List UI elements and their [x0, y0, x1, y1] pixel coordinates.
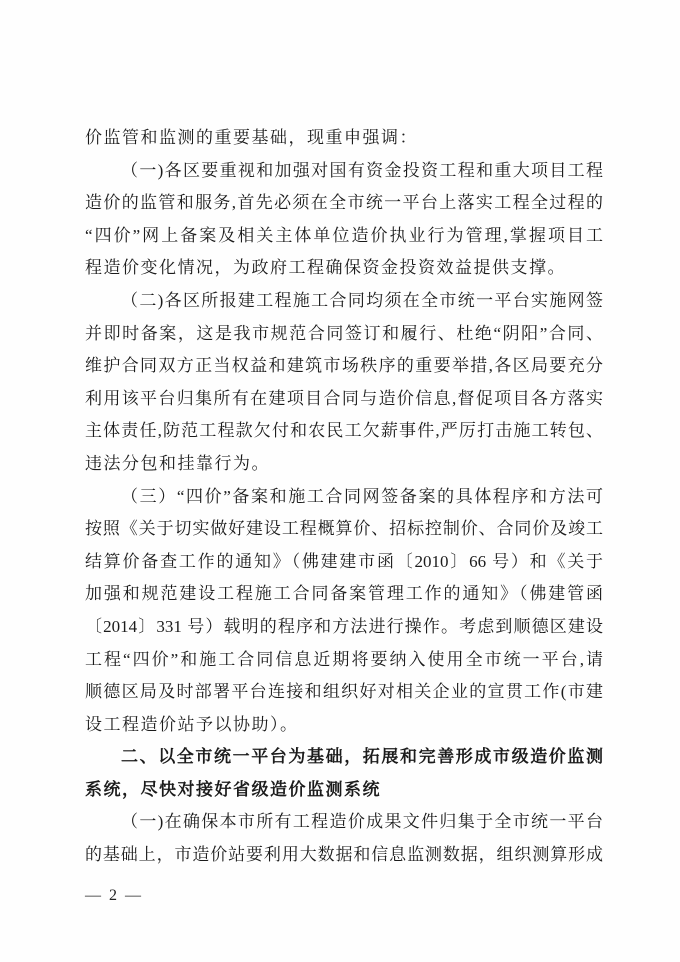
section-2-item-1-line: （一)在确保本市所有工程造价成果文件归集于全市统一平台	[85, 806, 603, 839]
intro-paragraph-line: 价监管和监测的重要基础，现重申强调：	[85, 122, 603, 155]
item-3-line: 结算价备查工作的通知》（佛建建市函〔2010〕66 号）和《关于	[85, 546, 603, 579]
item-3-line: 按照《关于切实做好建设工程概算价、招标控制价、合同价及竣工	[85, 513, 603, 546]
item-1-line: 程造价变化情况，为政府工程确保资金投资效益提供支撑。	[85, 252, 603, 285]
item-2-line: （二)各区所报建工程施工合同均须在全市统一平台实施网签	[85, 285, 603, 318]
item-3-line: 设工程造价站予以协助）。	[85, 709, 603, 742]
item-3-line: （三）“四价”备案和施工合同网签备案的具体程序和方法可	[85, 481, 603, 514]
document-page: 价监管和监测的重要基础，现重申强调： （一)各区要重视和加强对国有资金投资工程和…	[0, 0, 680, 962]
section-2-heading-line: 系统，尽快对接好省级造价监测系统	[85, 774, 603, 807]
section-2-item-1-line: 的基础上，市造价站要利用大数据和信息监测数据，组织测算形成	[85, 839, 603, 872]
item-1-line: 造价的监管和服务,首先必须在全市统一平台上落实工程全过程的	[85, 187, 603, 220]
item-2-line: 主体责任,防范工程款欠付和农民工欠薪事件,严厉打击施工转包、	[85, 415, 603, 448]
item-3-line: 加强和规范建设工程施工合同备案管理工作的通知》（佛建管函	[85, 578, 603, 611]
section-2-heading-line: 二、以全市统一平台为基础，拓展和完善形成市级造价监测	[85, 741, 603, 774]
item-1-line: “四价”网上备案及相关主体单位造价执业行为管理,掌握项目工	[85, 220, 603, 253]
item-1-line: （一)各区要重视和加强对国有资金投资工程和重大项目工程	[85, 155, 603, 188]
item-2-line: 维护合同双方正当权益和建筑市场秩序的重要举措,各区局要充分	[85, 350, 603, 383]
item-2-line: 并即时备案，这是我市规范合同签订和履行、杜绝“阴阳”合同、	[85, 318, 603, 351]
item-2-line: 利用该平台归集所有在建项目合同与造价信息,督促项目各方落实	[85, 383, 603, 416]
page-number: — 2 —	[85, 886, 143, 906]
item-2-line: 违法分包和挂靠行为。	[85, 448, 603, 481]
document-body: 价监管和监测的重要基础，现重申强调： （一)各区要重视和加强对国有资金投资工程和…	[85, 122, 603, 872]
item-3-line: 顺德区局及时部署平台连接和组织好对相关企业的宣贯工作(市建	[85, 676, 603, 709]
item-3-line: 〔2014〕331 号）载明的程序和方法进行操作。考虑到顺德区建设	[85, 611, 603, 644]
item-3-line: 工程“四价”和施工合同信息近期将要纳入使用全市统一平台,请	[85, 644, 603, 677]
